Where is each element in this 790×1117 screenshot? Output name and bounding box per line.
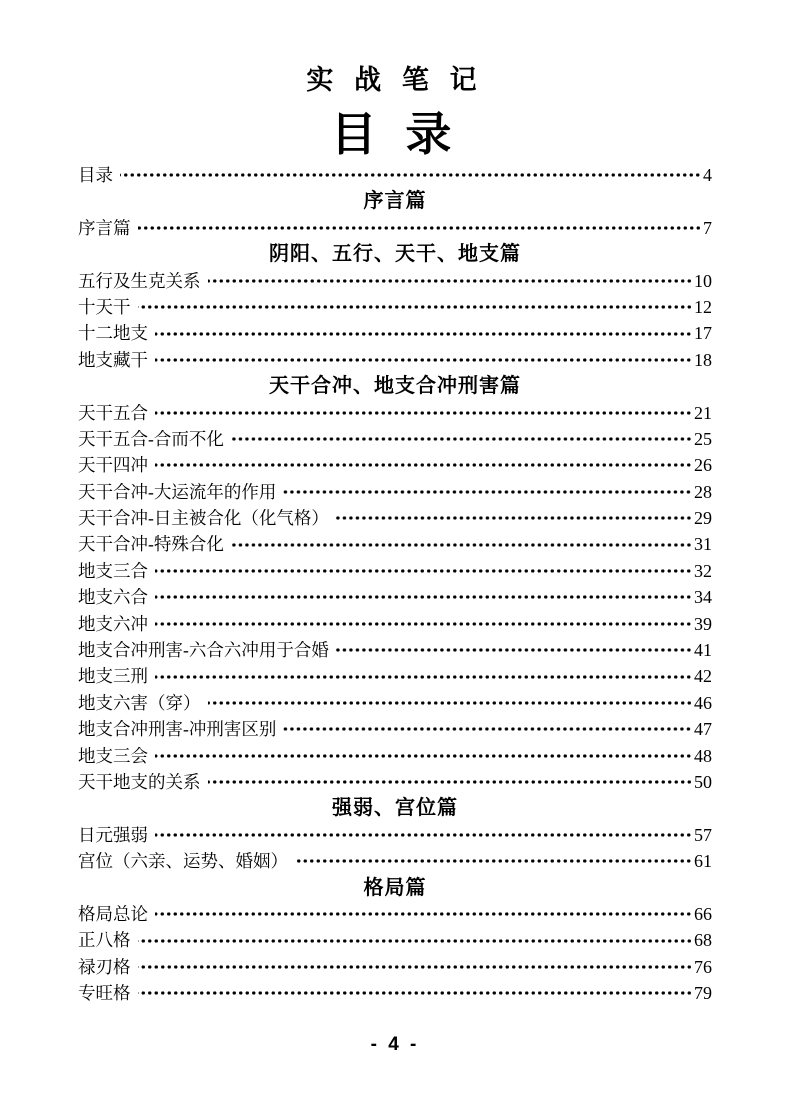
toc-section-label: 阴阳、五行、天干、地支篇	[269, 241, 521, 267]
toc-entry[interactable]: 专旺格 79	[78, 980, 712, 1006]
toc-entry[interactable]: 地支六合 34	[78, 584, 712, 610]
toc-entry[interactable]: 目录 4	[78, 162, 712, 188]
toc-entry-page-number: 50	[694, 769, 712, 795]
toc-section-heading: 格局篇	[78, 875, 712, 901]
toc-entry-page-number: 76	[694, 954, 712, 980]
toc-entry[interactable]: 十二地支 17	[78, 320, 712, 346]
toc-entry-page-number: 79	[694, 980, 712, 1006]
dot-leader	[138, 936, 693, 946]
toc-entry[interactable]: 地支六害（穿） 46	[78, 690, 712, 716]
dot-leader	[155, 672, 692, 682]
page-title: 目 录	[0, 98, 790, 164]
toc-entry[interactable]: 序言篇 7	[78, 215, 712, 241]
dot-leader	[231, 434, 692, 444]
toc-entry[interactable]: 地支三合 32	[78, 558, 712, 584]
toc-entry-page-number: 34	[694, 584, 712, 610]
dot-leader	[155, 909, 692, 919]
toc-entry-label: 天干合冲-日主被合化（化气格）	[78, 505, 329, 531]
page-number-footer: - 4 -	[0, 1034, 790, 1056]
dot-leader	[155, 619, 692, 629]
toc-entry[interactable]: 日元强弱 57	[78, 822, 712, 848]
dot-leader	[336, 645, 692, 655]
toc-entry-page-number: 41	[694, 637, 712, 663]
toc-entry[interactable]: 禄刃格 76	[78, 954, 712, 980]
dot-leader	[120, 170, 701, 180]
toc-entry-page-number: 25	[694, 426, 712, 452]
toc-entry-page-number: 7	[703, 215, 712, 241]
toc-entry-label: 五行及生克关系	[78, 268, 201, 294]
toc-section-label: 强弱、宫位篇	[332, 795, 458, 821]
dot-leader	[283, 724, 692, 734]
dot-leader	[283, 487, 692, 497]
dot-leader	[295, 856, 692, 866]
toc-entry-page-number: 12	[694, 294, 712, 320]
toc-entry-label: 正八格	[78, 927, 131, 953]
toc-entry-label: 地支三会	[78, 743, 148, 769]
toc-entry-page-number: 32	[694, 558, 712, 584]
toc-entry-page-number: 21	[694, 400, 712, 426]
toc-entry[interactable]: 地支藏干 18	[78, 347, 712, 373]
toc-section-heading: 天干合冲、地支合冲刑害篇	[78, 373, 712, 399]
dot-leader	[138, 988, 693, 998]
toc-entry-label: 宫位（六亲、运势、婚姻）	[78, 848, 288, 874]
toc-entry-page-number: 66	[694, 901, 712, 927]
toc-entry-label: 地支三合	[78, 558, 148, 584]
toc-entry-page-number: 61	[694, 848, 712, 874]
toc-entry[interactable]: 天干合冲-特殊合化 31	[78, 531, 712, 557]
toc-entry-page-number: 48	[694, 743, 712, 769]
toc-entry-label: 地支六合	[78, 584, 148, 610]
toc-entry[interactable]: 地支三会 48	[78, 743, 712, 769]
toc-entry-label: 地支合冲刑害-六合六冲用于合婚	[78, 637, 329, 663]
toc-entry-label: 十二地支	[78, 320, 148, 346]
toc-entry[interactable]: 地支合冲刑害-六合六冲用于合婚 41	[78, 637, 712, 663]
toc-entry-label: 地支藏干	[78, 347, 148, 373]
dot-leader	[138, 223, 702, 233]
toc-entry[interactable]: 五行及生克关系 10	[78, 268, 712, 294]
toc-entry[interactable]: 十天干 12	[78, 294, 712, 320]
toc-entry[interactable]: 地支六冲 39	[78, 611, 712, 637]
toc-entry-page-number: 10	[694, 268, 712, 294]
toc-entry-label: 格局总论	[78, 901, 148, 927]
dot-leader	[208, 698, 693, 708]
document-header: 实 战 笔 记	[0, 58, 790, 97]
toc-entry-label: 天干五合	[78, 400, 148, 426]
toc-entry-label: 天干合冲-特殊合化	[78, 531, 224, 557]
dot-leader	[231, 540, 692, 550]
toc-entry-page-number: 29	[694, 505, 712, 531]
dot-leader	[155, 408, 692, 418]
dot-leader	[155, 460, 692, 470]
toc-entry-page-number: 17	[694, 320, 712, 346]
toc-entry-label: 地支六冲	[78, 611, 148, 637]
dot-leader	[155, 592, 692, 602]
toc-entry[interactable]: 天干五合 21	[78, 400, 712, 426]
toc-section-label: 天干合冲、地支合冲刑害篇	[269, 373, 521, 399]
toc-entry-label: 地支三刑	[78, 663, 148, 689]
dot-leader	[208, 777, 693, 787]
toc-entry-label: 天干地支的关系	[78, 769, 201, 795]
toc-section-label: 格局篇	[364, 875, 427, 901]
document-page: 实 战 笔 记 目 录 目录 4 序言篇 序言篇 7 阴阳、五行、天干、地支篇 …	[0, 0, 790, 1117]
dot-leader	[138, 302, 693, 312]
dot-leader	[155, 355, 692, 365]
toc-entry-page-number: 68	[694, 927, 712, 953]
dot-leader	[155, 830, 692, 840]
toc-entry-label: 地支六害（穿）	[78, 690, 201, 716]
toc-entry-label: 天干五合-合而不化	[78, 426, 224, 452]
toc-entry[interactable]: 地支合冲刑害-冲刑害区别 47	[78, 716, 712, 742]
toc-entry-page-number: 18	[694, 347, 712, 373]
toc-entry-page-number: 46	[694, 690, 712, 716]
toc-entry[interactable]: 格局总论 66	[78, 901, 712, 927]
toc-entry[interactable]: 天干五合-合而不化 25	[78, 426, 712, 452]
toc-entry-label: 日元强弱	[78, 822, 148, 848]
toc-entry-page-number: 4	[703, 162, 712, 188]
toc-entry-page-number: 57	[694, 822, 712, 848]
dot-leader	[138, 962, 693, 972]
dot-leader	[155, 566, 692, 576]
toc-entry-label: 地支合冲刑害-冲刑害区别	[78, 716, 276, 742]
toc-entry-page-number: 26	[694, 452, 712, 478]
toc-entry-label: 天干四冲	[78, 452, 148, 478]
toc-section-label: 序言篇	[364, 188, 427, 214]
toc-entry[interactable]: 正八格 68	[78, 927, 712, 953]
toc-entry[interactable]: 天干四冲 26	[78, 452, 712, 478]
toc-entry-page-number: 42	[694, 663, 712, 689]
dot-leader	[155, 751, 692, 761]
toc-section-heading: 序言篇	[78, 188, 712, 214]
toc-entry[interactable]: 天干合冲-日主被合化（化气格） 29	[78, 505, 712, 531]
table-of-contents: 目录 4 序言篇 序言篇 7 阴阳、五行、天干、地支篇 五行及生克关系 10 十…	[78, 162, 712, 1007]
toc-entry-label: 天干合冲-大运流年的作用	[78, 479, 276, 505]
toc-entry-page-number: 31	[694, 531, 712, 557]
toc-entry[interactable]: 宫位（六亲、运势、婚姻） 61	[78, 848, 712, 874]
toc-entry[interactable]: 天干地支的关系 50	[78, 769, 712, 795]
dot-leader	[336, 513, 692, 523]
toc-entry-label: 专旺格	[78, 980, 131, 1006]
toc-entry-label: 禄刃格	[78, 954, 131, 980]
toc-entry-label: 目录	[78, 162, 113, 188]
toc-entry-page-number: 28	[694, 479, 712, 505]
toc-entry[interactable]: 地支三刑 42	[78, 663, 712, 689]
dot-leader	[155, 329, 692, 339]
toc-section-heading: 强弱、宫位篇	[78, 795, 712, 821]
toc-entry-page-number: 47	[694, 716, 712, 742]
toc-entry-page-number: 39	[694, 611, 712, 637]
toc-entry-label: 序言篇	[78, 215, 131, 241]
dot-leader	[208, 276, 693, 286]
toc-entry[interactable]: 天干合冲-大运流年的作用 28	[78, 479, 712, 505]
toc-section-heading: 阴阳、五行、天干、地支篇	[78, 241, 712, 267]
toc-entry-label: 十天干	[78, 294, 131, 320]
